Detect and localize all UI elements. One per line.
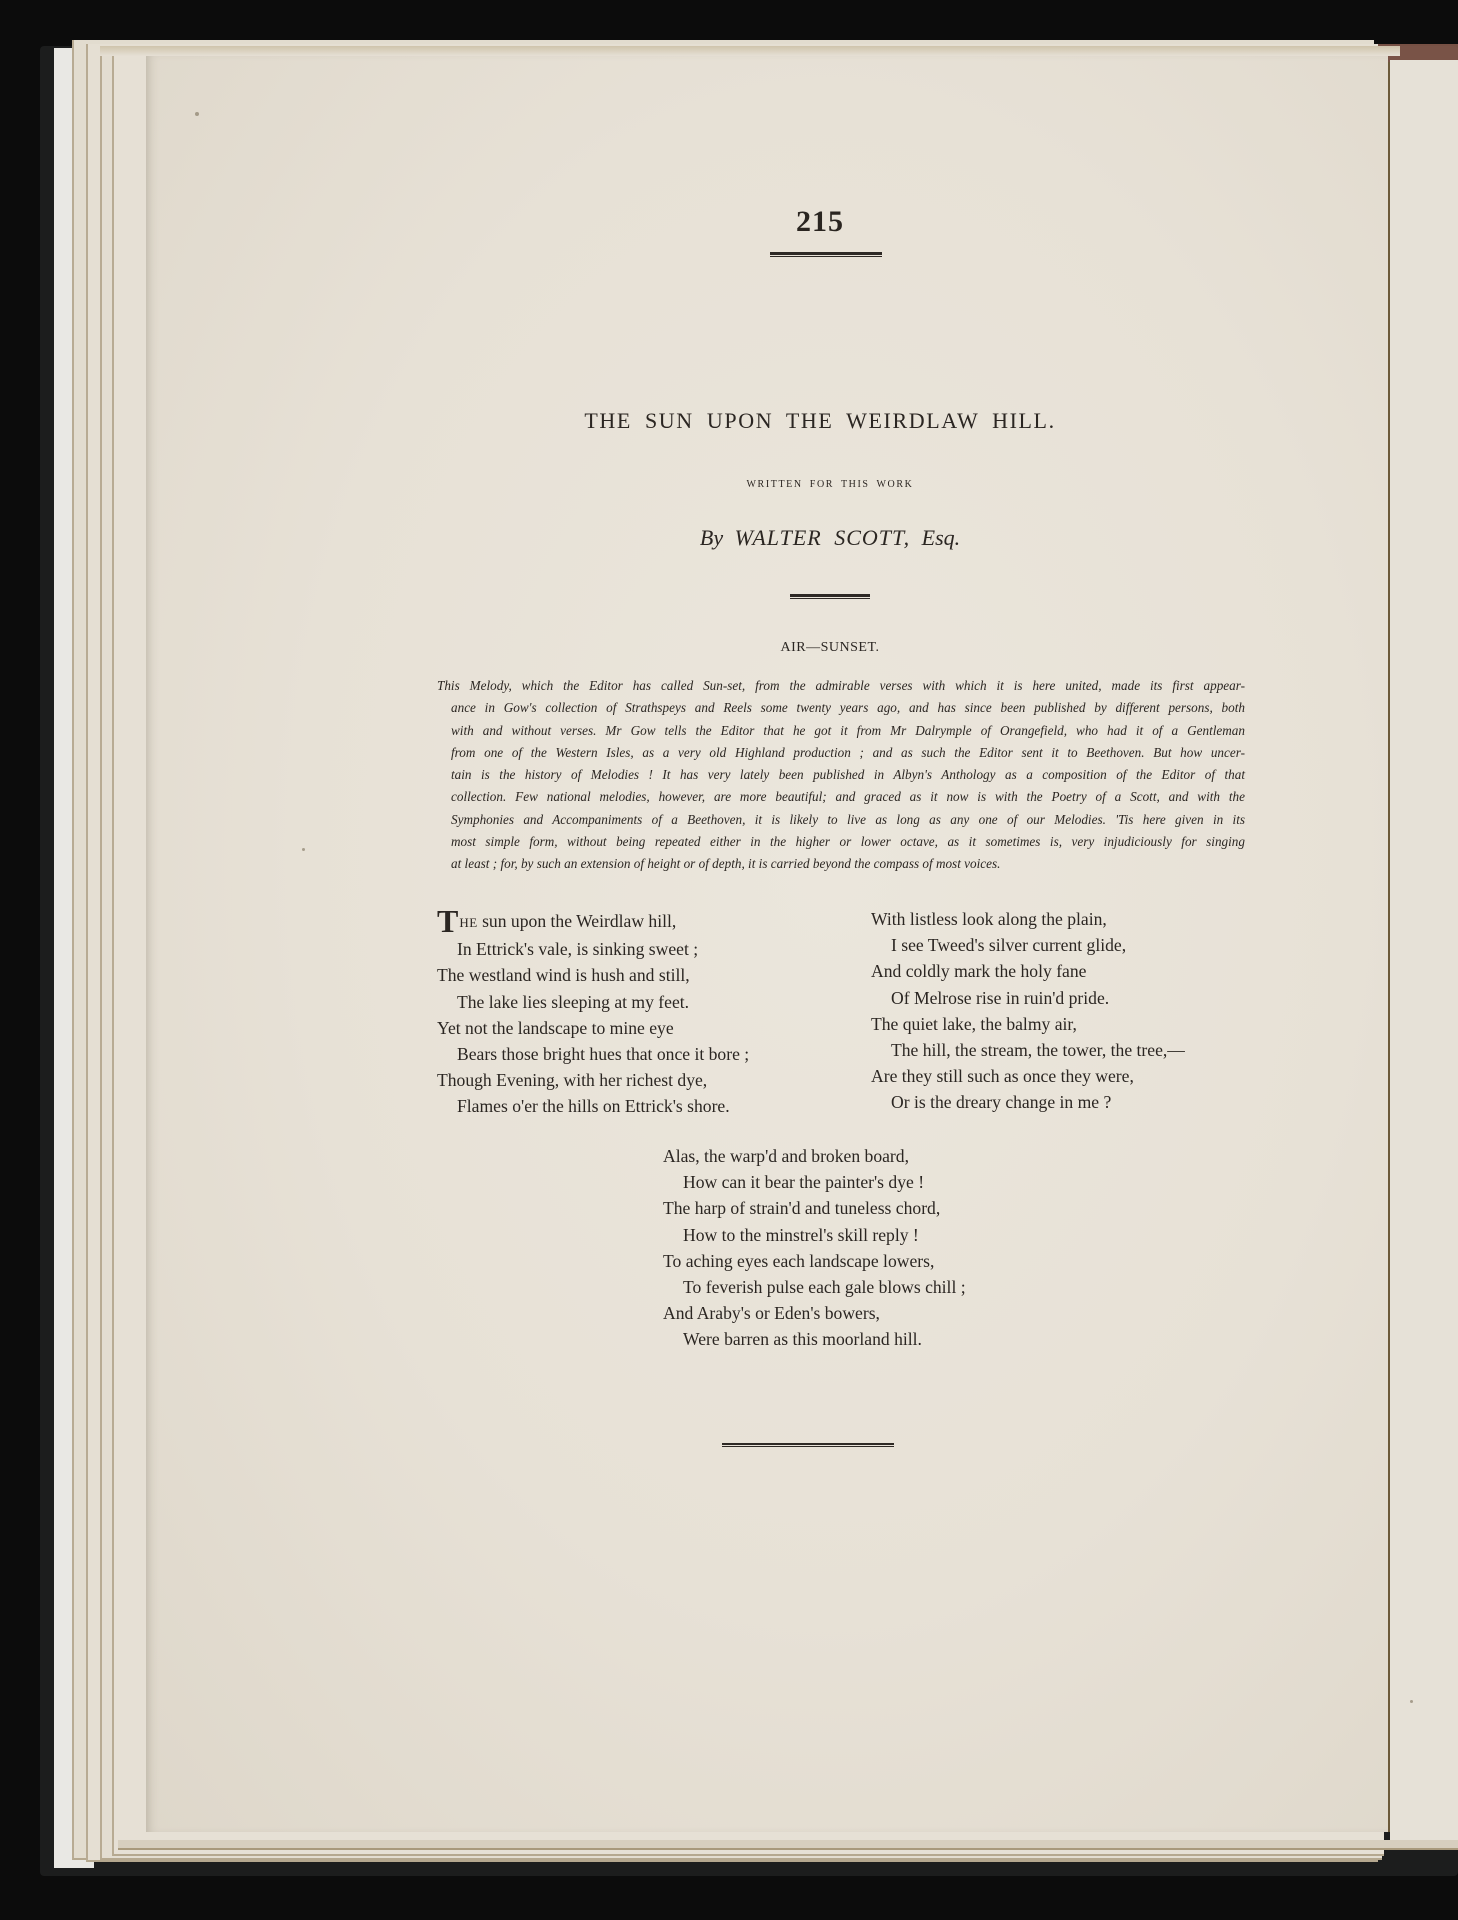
verse-line: And coldly mark the holy fane <box>871 958 1185 984</box>
drop-cap: T <box>437 903 458 939</box>
page-number: 215 <box>770 205 870 239</box>
verse-text: sun upon the Weirdlaw hill, <box>478 911 677 931</box>
verse-line: And Araby's or Eden's bowers, <box>663 1300 966 1326</box>
verse-line: How can it bear the painter's dye ! <box>663 1169 966 1195</box>
book-photograph: 215 THE SUN UPON THE WEIRDLAW HILL. WRIT… <box>0 0 1458 1920</box>
verse-line: Are they still such as once they were, <box>871 1063 1185 1089</box>
verse-line: Alas, the warp'd and broken board, <box>663 1143 966 1169</box>
poem-title: THE SUN UPON THE WEIRDLAW HILL. <box>400 408 1240 434</box>
author-byline: By WALTER SCOTT, Esq. <box>500 525 1160 551</box>
verse-line: THE sun upon the Weirdlaw hill, <box>437 908 749 936</box>
verse-line: I see Tweed's silver current glide, <box>871 932 1185 958</box>
paper-speck <box>302 848 305 851</box>
editorial-note: This Melody, which the Editor has called… <box>437 675 1245 876</box>
poem-stanza-1: THE sun upon the Weirdlaw hill, In Ettri… <box>437 908 749 1120</box>
note-line: most simple form, without being repeated… <box>437 831 1245 853</box>
heading-rule <box>790 594 870 599</box>
note-line: at least ; for, by such an extension of … <box>437 853 1245 875</box>
verse-line: With listless look along the plain, <box>871 906 1185 932</box>
page-number-rule <box>770 252 882 257</box>
verse-line: Flames o'er the hills on Ettrick's shore… <box>437 1093 749 1119</box>
verse-line: To feverish pulse each gale blows chill … <box>663 1274 966 1300</box>
verse-line: The harp of strain'd and tuneless chord, <box>663 1195 966 1221</box>
paper-speck <box>1410 1700 1413 1703</box>
verse-line: In Ettrick's vale, is sinking sweet ; <box>437 936 749 962</box>
verse-line: Of Melrose rise in ruin'd pride. <box>871 985 1185 1011</box>
poem-stanza-2: With listless look along the plain, I se… <box>871 906 1185 1116</box>
page-top-stain <box>100 46 1400 56</box>
verse-line: How to the minstrel's skill reply ! <box>663 1222 966 1248</box>
note-line: This Melody, which the Editor has called… <box>437 675 1245 697</box>
closing-rule <box>722 1443 894 1447</box>
verse-line: Though Evening, with her richest dye, <box>437 1067 749 1093</box>
page-bottom-deckle-edge <box>118 1840 1458 1850</box>
book-page <box>146 56 1388 1832</box>
poem-subtitle: WRITTEN FOR THIS WORK <box>600 479 1060 490</box>
verse-line: The quiet lake, the balmy air, <box>871 1011 1185 1037</box>
air-heading: AIR—SUNSET. <box>700 640 960 656</box>
note-line: from one of the Western Isles, as a very… <box>437 742 1245 764</box>
note-line: collection. Few national melodies, howev… <box>437 786 1245 808</box>
note-line: with and without verses. Mr Gow tells th… <box>437 720 1245 742</box>
poem-stanza-3: Alas, the warp'd and broken board, How c… <box>663 1143 966 1353</box>
verse-line: To aching eyes each landscape lowers, <box>663 1248 966 1274</box>
verse-line: Bears those bright hues that once it bor… <box>437 1041 749 1067</box>
verse-line: The lake lies sleeping at my feet. <box>437 989 749 1015</box>
author-name: WALTER SCOTT, <box>735 525 911 550</box>
verse-line: Yet not the landscape to mine eye <box>437 1015 749 1041</box>
paper-speck <box>195 112 199 116</box>
verse-line: The hill, the stream, the tower, the tre… <box>871 1037 1185 1063</box>
facing-page <box>1390 60 1458 1840</box>
verse-line: Or is the dreary change in me ? <box>871 1089 1185 1115</box>
byline-prefix: By <box>700 525 723 550</box>
byline-suffix: Esq. <box>922 525 961 550</box>
note-line: Symphonies and Accompaniments of a Beeth… <box>437 809 1245 831</box>
note-line: tain is the history of Melodies ! It has… <box>437 764 1245 786</box>
note-line: ance in Gow's collection of Strathspeys … <box>437 697 1245 719</box>
verse-line: The westland wind is hush and still, <box>437 962 749 988</box>
book-gutter <box>1388 62 1390 1832</box>
verse-line: Were barren as this moorland hill. <box>663 1326 966 1352</box>
small-caps: HE <box>459 915 477 930</box>
